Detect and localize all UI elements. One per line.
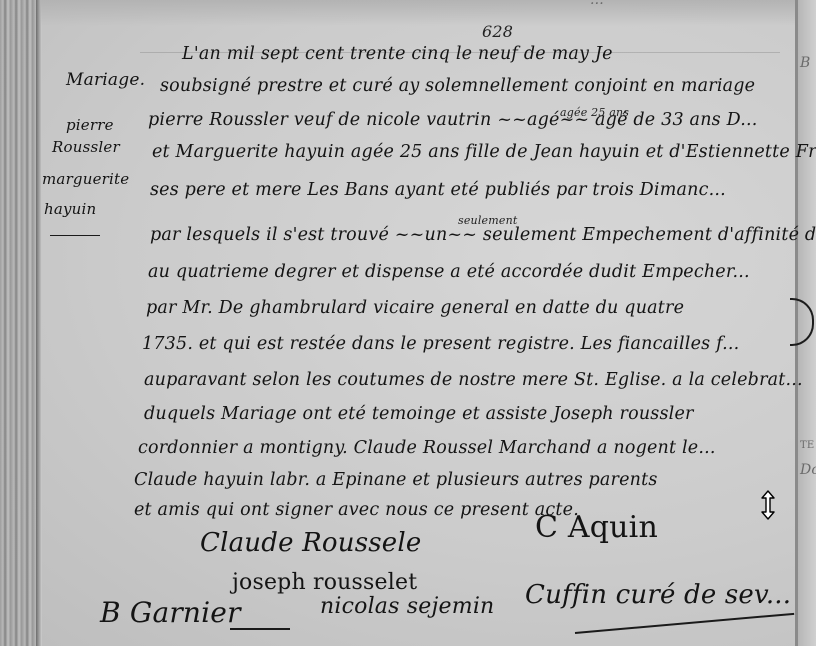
folio-number: 628: [482, 22, 513, 41]
signature-claude-roussele: Claude Roussele: [200, 528, 422, 558]
record-line-6: par lesquels il s'est trouvé ~~un~~ seul…: [150, 225, 816, 245]
top-shadow: [40, 0, 816, 26]
record-line-2: soubsigné prestre et curé ay solemnellem…: [160, 76, 755, 96]
signature-c-aquin: C Aquin: [535, 510, 658, 545]
margin-bride-last-name: hayuin: [44, 200, 96, 218]
signature-nicolas-jemin: nicolas sejemin: [320, 594, 494, 619]
signature-b-garnier: B Garnier: [100, 596, 241, 629]
record-line-9: 1735. et qui est restée dans le present …: [142, 334, 739, 354]
record-line-8: par Mr. De ghambrulard vicaire general e…: [146, 298, 684, 318]
signature-flourish-long: [575, 613, 794, 634]
record-line-1: L'an mil sept cent trente cinq le neuf d…: [182, 44, 613, 64]
record-line-5: ses pere et mere Les Bans ayant eté publ…: [150, 180, 726, 200]
page-binding: [0, 0, 40, 646]
record-line-13: Claude hayuin labr. a Epinane et plusieu…: [134, 470, 658, 490]
vertical-resize-cursor-icon: [760, 490, 776, 520]
margin-entry-title: Mariage.: [66, 70, 145, 90]
margin-underline: [50, 235, 100, 236]
next-page-fragment: B: [800, 55, 811, 71]
record-line-14: et amis qui ont signer avec nous ce pres…: [134, 500, 579, 520]
scanned-register-page: ... 628 Mariage. pierre Roussler marguer…: [0, 0, 816, 646]
signature-flourish: [230, 628, 290, 630]
margin-bride-first-name: marguerite: [42, 170, 129, 188]
interlinear-age: agée 25 ans: [560, 106, 629, 119]
next-page-fragment: Do: [800, 462, 816, 478]
signature-cuffin-cure: Cuffin curé de sev...: [525, 580, 791, 610]
binding-edge: [36, 0, 42, 646]
record-line-7: au quatrieme degrer et dispense a eté ac…: [148, 262, 750, 282]
next-page-fragment: TE: [800, 440, 814, 451]
top-fragment: ...: [590, 0, 604, 8]
record-line-11: duquels Mariage ont eté temoinge et assi…: [144, 404, 694, 424]
record-line-10: auparavant selon les coutumes de nostre …: [144, 370, 803, 390]
record-line-12: cordonnier a montigny. Claude Roussel Ma…: [138, 438, 716, 458]
margin-groom-first-name: pierre: [66, 116, 114, 134]
signature-joseph-roussele: joseph rousselet: [232, 570, 417, 595]
margin-groom-last-name: Roussler: [52, 138, 120, 156]
record-line-4: et Marguerite hayuin agée 25 ans fille d…: [152, 142, 816, 162]
record-line-3: pierre Roussler veuf de nicole vautrin ~…: [148, 110, 758, 130]
